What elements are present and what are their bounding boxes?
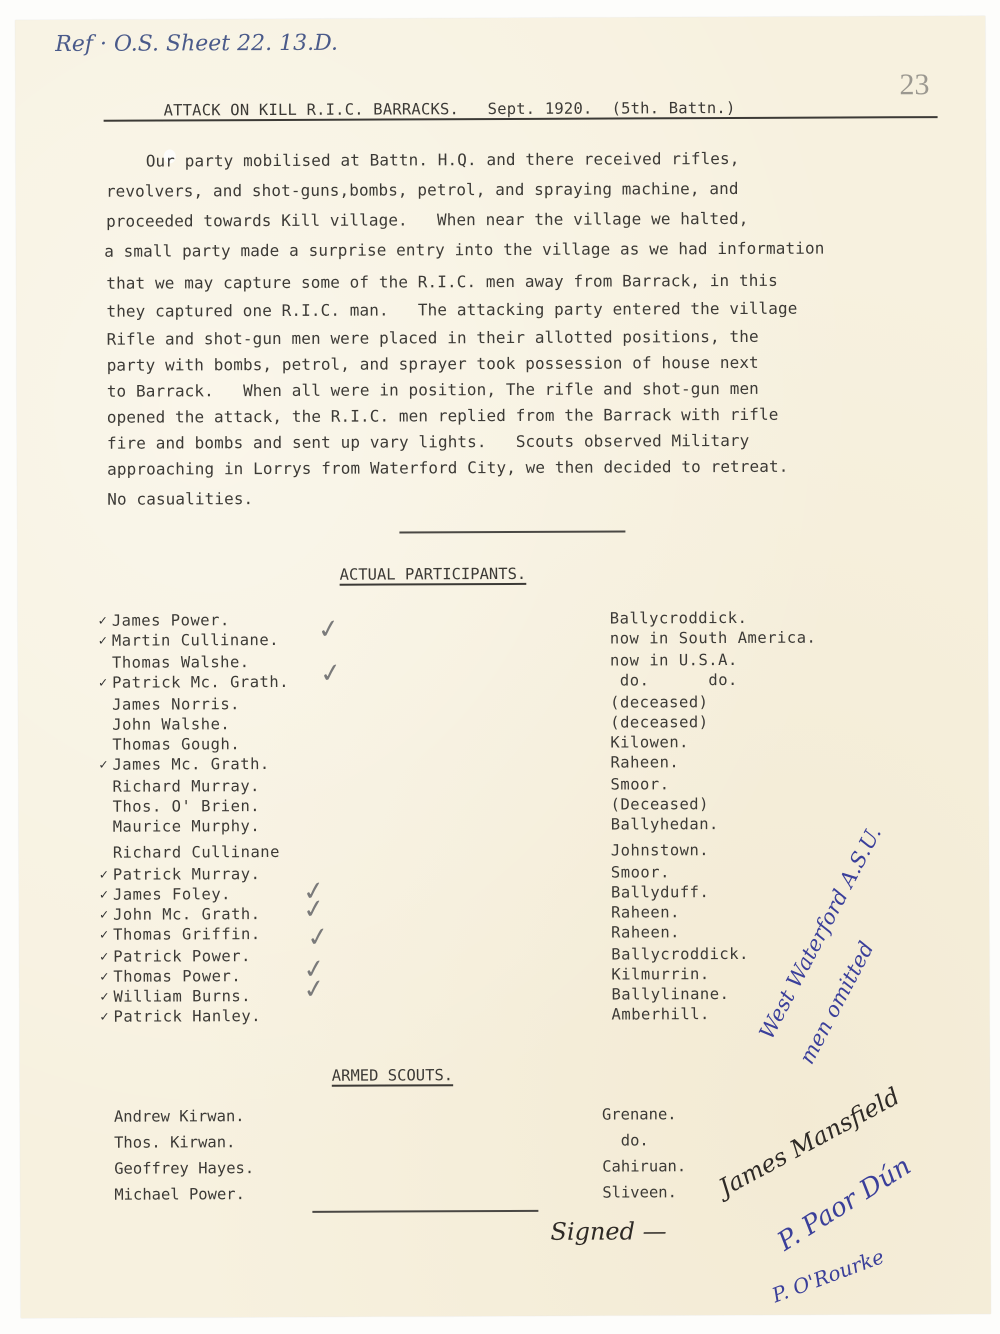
scout-place: Cahiruan.	[602, 1157, 686, 1175]
paragraph-line: fire and bombs and sent up vary lights. …	[107, 431, 749, 453]
participant-place: Ballycroddick.	[610, 609, 748, 628]
check-mark-icon: ✓	[305, 921, 331, 954]
scout-place: Sliveen.	[602, 1183, 677, 1201]
check-mark-icon: ✓	[318, 657, 344, 690]
paragraph-line: party with bombs, petrol, and sprayer to…	[107, 353, 759, 375]
participant-place: Smoor.	[611, 863, 670, 881]
scout-name: Andrew Kirwan.	[114, 1107, 245, 1126]
check-mark-icon: ✓	[98, 634, 108, 648]
participant-name: Thos. O' Brien.	[113, 797, 261, 816]
participant-name: Patrick Murray.	[113, 865, 261, 884]
participants-list: James Power.Ballycroddick.✓Martin Cullin…	[15, 16, 985, 20]
participant-row: John Walshe.(deceased)	[15, 16, 985, 20]
check-mark-icon: ✓	[99, 950, 109, 964]
participant-place: Ballyduff.	[611, 883, 709, 901]
participant-name: Richard Murray.	[112, 777, 260, 796]
participant-row: James Norris.(deceased)	[15, 16, 985, 20]
paragraph-line: opened the attack, the R.I.C. men replie…	[107, 405, 779, 427]
participant-row: Patrick Murray.Smoor.✓	[15, 16, 985, 20]
paragraph-line: approaching in Lorrys from Waterford Cit…	[107, 457, 788, 479]
participant-name: Maurice Murphy.	[113, 817, 261, 836]
scout-name: Geoffrey Hayes.	[114, 1159, 254, 1178]
paragraph-line: they captured one R.I.C. man. The attack…	[106, 299, 797, 321]
check-mark-icon: ✓	[99, 908, 109, 922]
paragraph-line: revolvers, and shot-guns,bombs, petrol, …	[106, 179, 739, 201]
paragraph-line: proceeded towards Kill village. When nea…	[106, 209, 748, 231]
check-mark-icon: ✓	[99, 928, 109, 942]
paragraph-line: to Barrack. When all were in position, T…	[107, 379, 759, 401]
check-mark-icon: ✓	[99, 1010, 109, 1024]
participant-place: do. do.	[610, 671, 738, 690]
participant-row: Martin Cullinane.now in South America.✓	[15, 16, 985, 20]
participant-row: Thos. O' Brien.(Deceased)	[15, 16, 985, 20]
participant-row: William Burns.Ballylinane.✓	[15, 16, 985, 20]
document-page: Ref · O.S. Sheet 22. 13.D. 23 ATTACK ON …	[15, 16, 991, 1318]
participant-place: now in U.S.A.	[610, 651, 738, 670]
page-number: 23	[899, 68, 929, 102]
signature-2: P. Paor Dún	[772, 1151, 916, 1257]
participants-heading: ACTUAL PARTICIPANTS.	[340, 565, 527, 584]
check-mark-icon: ✓	[98, 676, 108, 690]
participant-row: Patrick Hanley.Amberhill.✓	[15, 16, 985, 20]
participant-name: William Burns.	[113, 987, 251, 1006]
participant-row: John Mc. Grath.Raheen.✓	[15, 16, 985, 20]
participant-name: John Mc. Grath.	[113, 905, 261, 924]
check-mark-icon: ✓	[98, 614, 108, 628]
paragraph-line: Our party mobilised at Battn. H.Q. and t…	[146, 149, 740, 171]
check-mark-icon: ✓	[99, 990, 109, 1004]
participant-place: Ballyhedan.	[611, 815, 719, 833]
paragraph-line: No casualities.	[107, 489, 253, 509]
scouts-heading: ARMED SCOUTS.	[332, 1066, 453, 1085]
scout-place: Grenane.	[602, 1105, 677, 1123]
scout-name: Michael Power.	[114, 1185, 245, 1204]
participant-row: James Mc. Grath.Raheen.✓	[15, 16, 985, 20]
scouts-list: Andrew Kirwan.Grenane.Thos. Kirwan. do.G…	[15, 16, 985, 20]
participant-name: James Norris.	[112, 695, 240, 714]
participant-place: Ballylinane.	[611, 985, 729, 1004]
participant-row: Thomas Power.Kilmurrin.✓	[15, 16, 985, 20]
participant-place: Johnstown.	[611, 841, 709, 859]
participant-place: Amberhill.	[611, 1005, 709, 1023]
participant-row: Maurice Murphy.Ballyhedan.	[15, 16, 985, 20]
participant-place: (deceased)	[610, 693, 708, 711]
narrative-paragraph: Our party mobilised at Battn. H.Q. and t…	[15, 16, 985, 20]
participant-place: Raheen.	[610, 753, 679, 771]
participant-name: Martin Cullinane.	[112, 631, 279, 650]
participant-name: Thomas Walshe.	[112, 653, 250, 672]
participant-place: Kilmurrin.	[611, 965, 709, 983]
check-mark-icon: ✓	[99, 868, 109, 882]
signed-label: Signed —	[550, 1217, 666, 1246]
participant-row: James Power.Ballycroddick.✓	[15, 16, 985, 20]
participant-name: James Mc. Grath.	[112, 755, 269, 774]
scout-name: Thos. Kirwan.	[114, 1133, 235, 1152]
participant-name: Thomas Power.	[113, 967, 241, 986]
check-mark-icon: ✓	[316, 613, 342, 646]
participant-row: Richard Murray.Smoor.	[15, 16, 985, 20]
participant-place: (Deceased)	[611, 795, 709, 813]
check-mark-icon: ✓	[98, 758, 108, 772]
participant-place: Smoor.	[610, 775, 669, 793]
paragraph-line: a small party made a surprise entry into…	[104, 239, 824, 261]
scout-place: do.	[602, 1131, 649, 1149]
participant-name: James Power.	[112, 611, 230, 630]
handwritten-reference: Ref · O.S. Sheet 22. 13.D.	[55, 31, 338, 57]
paragraph-line: that we may capture some of the R.I.C. m…	[106, 271, 778, 293]
participant-place: (deceased)	[610, 713, 708, 731]
participant-row: Richard CullinaneJohnstown.	[15, 16, 985, 20]
section-divider	[399, 530, 625, 533]
check-mark-icon: ✓	[301, 973, 327, 1006]
closing-divider	[312, 1210, 538, 1213]
participant-row: Thomas Griffin.Raheen.✓	[15, 16, 985, 20]
check-mark-icon: ✓	[99, 970, 109, 984]
participant-name: Patrick Power.	[113, 947, 251, 966]
participant-name: Thomas Gough.	[112, 735, 240, 754]
participant-row: Thomas Gough.Kilowen.	[15, 16, 985, 20]
participant-name: Richard Cullinane	[113, 843, 280, 862]
participant-name: John Walshe.	[112, 715, 230, 734]
participant-place: now in South America.	[610, 629, 817, 648]
participant-place: Kilowen.	[610, 733, 689, 751]
participant-row: James Foley.Ballyduff.✓	[15, 16, 985, 20]
check-mark-icon: ✓	[99, 888, 109, 902]
participant-row: Thomas Walshe.now in U.S.A.	[15, 16, 985, 20]
participant-place: Ballycroddick.	[611, 945, 749, 964]
paragraph-line: Rifle and shot-gun men were placed in th…	[107, 327, 759, 349]
participant-name: Patrick Hanley.	[113, 1007, 261, 1026]
participant-name: Patrick Mc. Grath.	[112, 673, 289, 692]
participant-name: James Foley.	[113, 885, 231, 904]
participant-row: Patrick Mc. Grath. do. do.✓	[15, 16, 985, 20]
participant-row: Patrick Power.Ballycroddick.✓	[15, 16, 985, 20]
participant-place: Raheen.	[611, 923, 680, 941]
participant-name: Thomas Griffin.	[113, 925, 261, 944]
participant-place: Raheen.	[611, 903, 680, 921]
